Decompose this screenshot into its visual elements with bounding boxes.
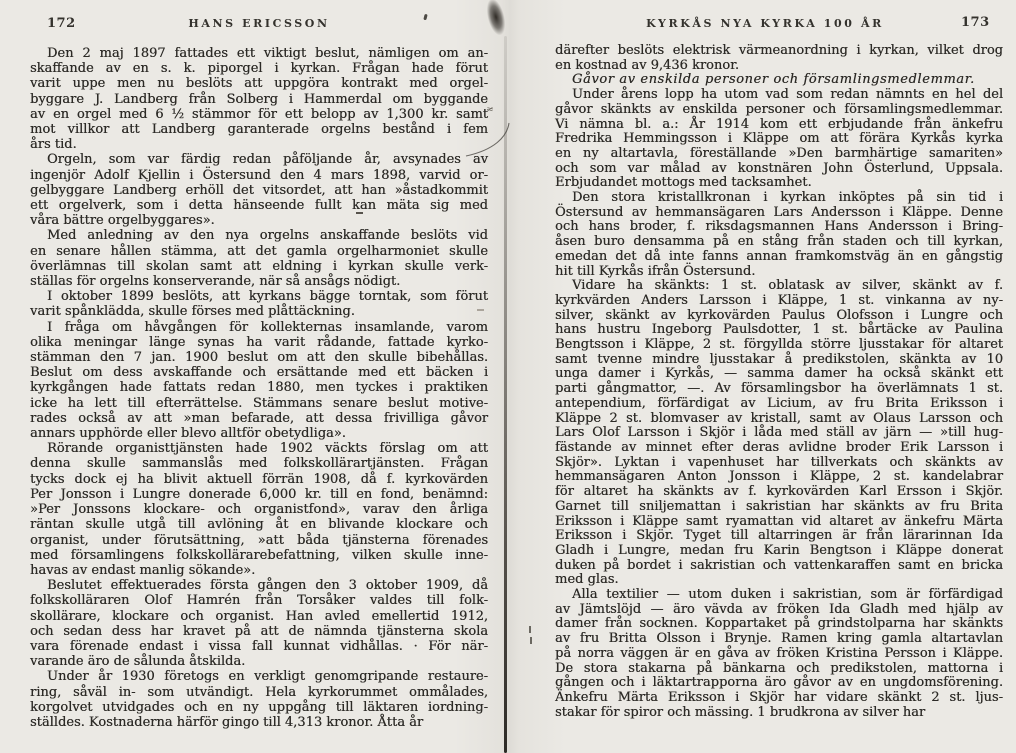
paragraph: I fråga om håvgången för kollekternas in… — [30, 320, 488, 442]
text-line: olika meningar länge synas ha varit råda… — [30, 335, 488, 350]
text-line: ring, såväl in- som utvändigt. Hela kyrk… — [30, 685, 488, 700]
text-line: Garnet till sniljemattan i sakristian ha… — [555, 500, 1003, 515]
text-line: överlämnas till skolan samt att eldning … — [30, 259, 488, 274]
text-line: års tid. — [30, 137, 488, 152]
text-line: Eriksson i Kläppe samt ryamattan vid alt… — [555, 515, 1003, 530]
paragraph: Beslutet effektuerades första gången den… — [30, 578, 488, 669]
text-line: Orgeln, som var färdig redan påföljande … — [30, 152, 488, 167]
text-line: hemmansägaren Anton Jonsson i Kläppe, 2 … — [555, 470, 1003, 485]
text-line: en ny altartavla, föreställande »Den bar… — [555, 147, 1003, 162]
text-line: skollärare, klockare och organist. Han a… — [30, 609, 488, 624]
text-line: Vidare ha skänkts: 1 st. oblatask av sil… — [555, 279, 1003, 294]
text-line: stakar för spiror och mässing. 1 brudkro… — [555, 706, 1003, 721]
text-line: Bengtsson i Kläppe, 2 st. förgyllda stör… — [555, 338, 1003, 353]
paragraph: Den stora kristallkronan i kyrkan inköpt… — [555, 191, 1003, 279]
text-line: unga damer i Kyrkås, — samma damer ha oc… — [555, 367, 1003, 382]
paragraph: Alla textilier — utom duken i sakristian… — [555, 588, 1003, 720]
paragraph: Orgeln, som var färdig redan påföljande … — [30, 152, 488, 228]
text-line: kyrkvärden Anders Larsson i Kläppe, 1 st… — [555, 294, 1003, 309]
text-line: hit till Kyrkås ifrån Östersund. — [555, 265, 1003, 280]
text-line: parti gångmattor, —. Av församlingsbor h… — [555, 382, 1003, 397]
text-line: Den 2 maj 1897 fattades ett viktigt besl… — [30, 46, 488, 61]
text-line: varit spånklädda, skulle förses med plåt… — [30, 304, 488, 319]
text-line: Beslutet effektuerades första gången den… — [30, 578, 488, 593]
paragraph: därefter beslöts elektrisk värmeanordnin… — [555, 44, 1003, 73]
text-line: denna skulle sammanslås med folkskollära… — [30, 456, 488, 471]
text-line: Änkefru Märta Eriksson i Skjör har vidar… — [555, 691, 1003, 706]
paragraph: Med anledning av den nya orgelns anskaff… — [30, 228, 488, 289]
text-line: Beslut om dess avskaffande och ersättand… — [30, 365, 488, 380]
text-line: kyrkgången hade fattats redan 1880, men … — [30, 380, 488, 395]
text-line: fästande av minnet efter deras avlidne b… — [555, 441, 1003, 456]
text-line: Lars Olof Larsson i Skjör i låda med stä… — [555, 426, 1003, 441]
text-line: antependium, förfärdigat av Licium, av f… — [555, 397, 1003, 412]
paragraph: Vidare ha skänkts: 1 st. oblatask av sil… — [555, 279, 1003, 588]
paragraph: I oktober 1899 beslöts, att kyrkans bägg… — [30, 289, 488, 319]
text-line: räntan skulle utgå till avlöning åt en b… — [30, 517, 488, 532]
pen-stroke-mark — [463, 120, 513, 162]
text-line: med församlingens folkskollärarebefattni… — [30, 548, 488, 563]
text-line: Den stora kristallkronan i kyrkan inköpt… — [555, 191, 1003, 206]
text-line: Rörande organisttjänsten hade 1902 väckt… — [30, 441, 488, 456]
text-line: på norra väggen är en gåva av fröken Kri… — [555, 647, 1003, 662]
running-header-left: HANS ERICSSON — [30, 17, 488, 30]
text-line: Under årens lopp ha utom vad som redan n… — [555, 88, 1003, 103]
paragraph: Under årens lopp ha utom vad som redan n… — [555, 88, 1003, 191]
text-line: rades också av att »man befarade, att de… — [30, 411, 488, 426]
text-line: av en orgel med 6 ½ stämmor för ett belo… — [30, 107, 488, 122]
text-line: mot villkor att Landberg garanterade org… — [30, 122, 488, 137]
paragraph: Under år 1930 företogs en verkligt genom… — [30, 669, 488, 730]
right-page-body: därefter beslöts elektrisk värmeanordnin… — [555, 44, 1003, 720]
text-line: ställdes. Kostnaderna härför gingo till … — [30, 715, 488, 730]
running-header-right: KYRKÅS NYA KYRKA 100 ÅR — [545, 17, 985, 30]
text-line: Erbjudandet mottogs med tacksamhet. — [555, 176, 1003, 191]
text-line: varit uppe men nu beslöts att uppgöra ko… — [30, 76, 488, 91]
text-line: stämman den 7 jan. 1900 beslut om att de… — [30, 350, 488, 365]
text-line: varande äro de sålunda åtskilda. — [30, 654, 488, 669]
text-line: en senare hållen stämma, att det gamla o… — [30, 244, 488, 259]
text-line: Med anledning av den nya orgelns anskaff… — [30, 228, 488, 243]
text-line: skaffande av en s. k. piporgel i kyrkan.… — [30, 61, 488, 76]
text-line: gelbyggare Landberg erhöll det vitsordet… — [30, 183, 488, 198]
text-line: damer från socknen. Koppartaket på grind… — [555, 617, 1003, 632]
ink-speck — [477, 309, 484, 311]
text-line: ställas för orgelns konserverande, när s… — [30, 274, 488, 289]
text-line: och sedan dess har kravet på att de nämn… — [30, 624, 488, 639]
paragraph: Den 2 maj 1897 fattades ett viktigt besl… — [30, 46, 488, 152]
text-line: Per Jonsson i Lungre donerade 6,000 kr. … — [30, 487, 488, 502]
text-line: Östersund av hemmansägaren Lars Andersso… — [555, 206, 1003, 221]
page-number-right: 173 — [961, 15, 990, 30]
margin-tick — [529, 626, 531, 633]
section-heading: Gåvor av enskilda personer och församlin… — [555, 73, 1003, 88]
text-line: våra bättre orgelbyggares». — [30, 213, 488, 228]
text-line: Under år 1930 företogs en verkligt genom… — [30, 669, 488, 684]
text-line: av fru Britta Olsson i Brynje. Ramen kri… — [555, 632, 1003, 647]
text-line: ett orgelverk, som i detta hänseende ful… — [30, 198, 488, 213]
text-line: »Per Jonssons klockare- och organistfond… — [30, 502, 488, 517]
text-line: Eriksson i Skjör. Tyget till altarringen… — [555, 529, 1003, 544]
text-line: I oktober 1899 beslöts, att kyrkans bägg… — [30, 289, 488, 304]
text-line: ingenjör Adolf Kjellin i Östersund den 4… — [30, 168, 488, 183]
text-line: tycks dock ej ha blivit aktuell förrän 1… — [30, 472, 488, 487]
text-line: folkskolläraren Olof Hamrén från Torsåke… — [30, 593, 488, 608]
pen-scribble-mark: ≠ — [485, 104, 495, 116]
text-line: därefter beslöts elektrisk värmeanordnin… — [555, 44, 1003, 59]
text-line: Gåvor av enskilda personer och församlin… — [555, 73, 1003, 88]
text-line: Fredrika Hemmingsson i Kläppe om att för… — [555, 132, 1003, 147]
text-line: Gladh i Lungre, medan fru Karin Bengtson… — [555, 544, 1003, 559]
margin-tick — [530, 637, 532, 644]
text-line: gången och i läktartrapporna äro gåvor a… — [555, 676, 1003, 691]
text-line: Skjör». Lyktan i vapenhuset har tillverk… — [555, 456, 1003, 471]
text-line: duken på bordet i sakristian och vattenk… — [555, 559, 1003, 574]
text-line: Vi nämna bl. a.: År 1914 kom ett erbjuda… — [555, 118, 1003, 133]
text-line: och hans broder, f. riksdagsmannen Hans … — [555, 220, 1003, 235]
left-page-body: Den 2 maj 1897 fattades ett viktigt besl… — [30, 46, 488, 730]
text-line: havas av endast manlig sökande». — [30, 563, 488, 578]
text-line: korgolvet utvidgades och en ny uppgång t… — [30, 700, 488, 715]
text-line: hans hustru Ingeborg Paulsdotter, 1 st. … — [555, 323, 1003, 338]
text-line: med glas. — [555, 573, 1003, 588]
text-line: organist, under förutsättning, »att båda… — [30, 533, 488, 548]
ink-speck — [356, 212, 363, 214]
text-line: gåvor skänkts av enskilda personer och f… — [555, 103, 1003, 118]
text-line: för altaret ha skänkts av f. kyrkovärden… — [555, 485, 1003, 500]
text-line: I fråga om håvgången för kollekternas in… — [30, 320, 488, 335]
text-line: emedan det då inte fanns annan framkomst… — [555, 250, 1003, 265]
text-line: och som var målad av konstnären John Öst… — [555, 162, 1003, 177]
text-line: åsen buro densamma på en stång från stad… — [555, 235, 1003, 250]
text-line: vara förenade endast i vissa fall kunnat… — [30, 639, 488, 654]
text-line: icke ha lett till efterrättelse. Stämman… — [30, 396, 488, 411]
text-line: annars upphörde eller blevo alltför obet… — [30, 426, 488, 441]
text-line: Alla textilier — utom duken i sakristian… — [555, 588, 1003, 603]
text-line: byggare J. Landberg från Solberg i Hamme… — [30, 92, 488, 107]
paragraph: Rörande organisttjänsten hade 1902 väckt… — [30, 441, 488, 578]
